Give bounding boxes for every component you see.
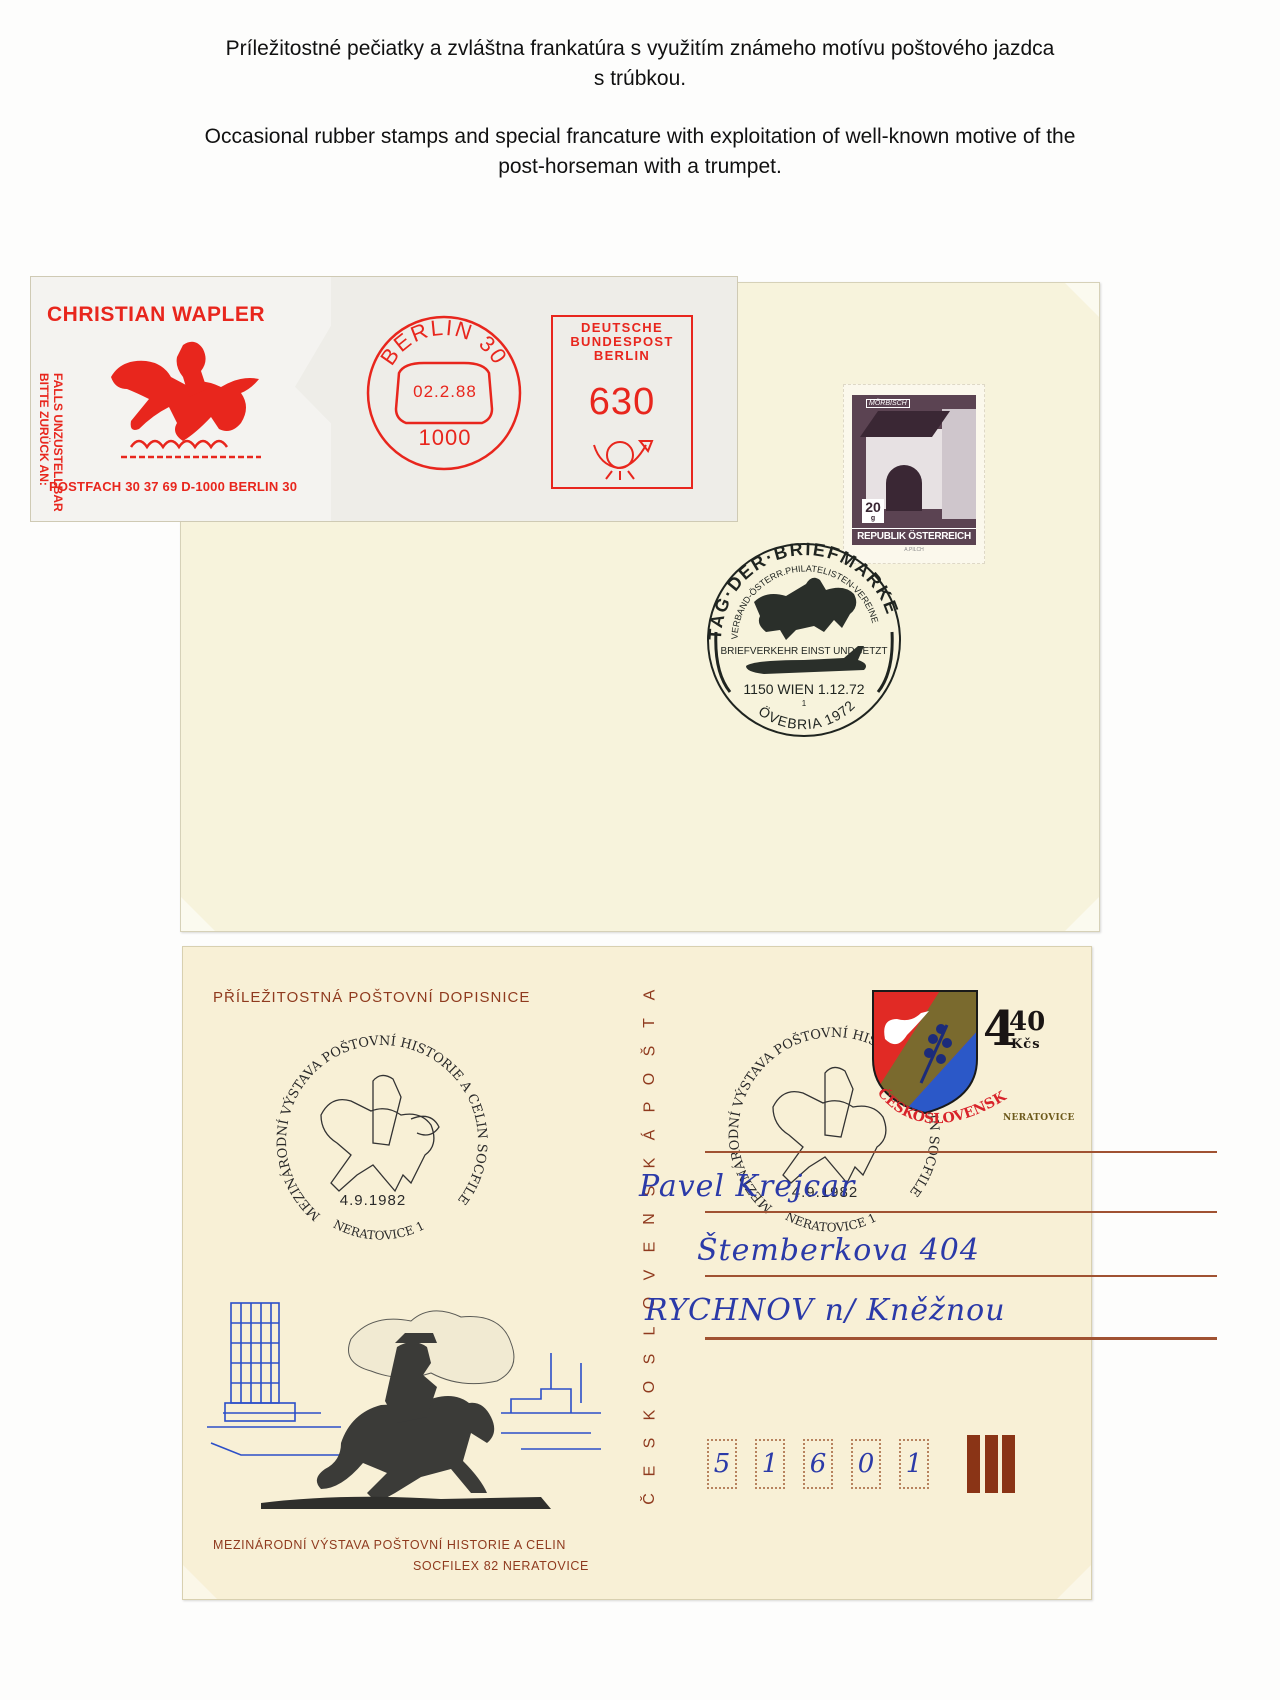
wien-cancellation: TAG·DER·BRIEFMARKE VERBAND-ÖSTERR.PHILAT…	[694, 532, 914, 740]
postcode-box: 1	[899, 1439, 929, 1489]
neratovice-cancellation-left: MEZINÁRODNÍ VÝSTAVA POŠTOVNÍ HISTORIE A …	[261, 1015, 501, 1245]
stamp-value: 20 g	[862, 499, 884, 523]
posthorn-icon	[590, 437, 654, 481]
meter-line1: DEUTSCHE	[553, 321, 691, 335]
address-line	[705, 1151, 1217, 1153]
postmark-date: 02.2.88	[399, 382, 491, 402]
postcode-digit: 5	[714, 1449, 731, 1479]
mount-corner	[1065, 283, 1099, 317]
vertical-letter: Á	[642, 1130, 658, 1141]
postcode-box: 6	[803, 1439, 833, 1489]
mount-corner	[183, 1565, 217, 1599]
card-vertical-text: ČESKOSLOVENSKÁPOŠTA	[637, 987, 663, 1507]
meter-value: 630	[553, 381, 691, 424]
sender-name: CHRISTIAN WAPLER	[47, 303, 265, 327]
svg-text:1150 WIEN 1.12.72: 1150 WIEN 1.12.72	[743, 681, 864, 697]
card-value: 4 40 Kčs	[983, 1005, 1016, 1053]
card-caption: MEZINÁRODNÍ VÝSTAVA POŠTOVNÍ HISTORIE A …	[213, 1535, 633, 1577]
title-english-line2: post-horseman with a trumpet.	[0, 152, 1280, 182]
vertical-letter: E	[642, 1466, 658, 1477]
postcode-box: 1	[755, 1439, 785, 1489]
svg-text:1: 1	[802, 699, 807, 708]
vertical-letter: A	[642, 990, 658, 1001]
vertical-letter: T	[642, 1018, 658, 1028]
address-line	[705, 1275, 1217, 1277]
postal-card: PŘÍLEŽITOSTNÁ POŠTOVNÍ DOPISNICE MEZINÁR…	[182, 946, 1092, 1600]
mount-corner	[1065, 897, 1099, 931]
svg-text:BERLIN 30: BERLIN 30	[375, 315, 513, 370]
vertical-letter: P	[642, 1102, 658, 1113]
title-slovak: Príležitostné pečiatky a zvláštna franka…	[0, 34, 1280, 94]
vertical-letter: Č	[642, 1493, 658, 1505]
horseman-icon	[91, 337, 291, 467]
svg-text:NERATOVICE 1: NERATOVICE 1	[331, 1217, 427, 1243]
stamp-building-right	[942, 409, 976, 519]
postcode-digit: 1	[906, 1449, 923, 1479]
vertical-letter: E	[642, 1242, 658, 1253]
address-street: Štemberkova 404	[697, 1233, 980, 1268]
post-horseman-illustration	[201, 1293, 621, 1523]
svg-text:4.9.1982: 4.9.1982	[340, 1192, 406, 1209]
postcode-digit: 0	[858, 1449, 875, 1479]
title-slovak-line1: Príležitostné pečiatky a zvláštna franka…	[0, 34, 1280, 64]
address-line	[705, 1337, 1217, 1340]
address-city: RYCHNOV n/ Kněžnou	[645, 1293, 1006, 1328]
address-line	[705, 1211, 1217, 1213]
caption-line1: MEZINÁRODNÍ VÝSTAVA POŠTOVNÍ HISTORIE A …	[213, 1535, 633, 1556]
mount-corner	[1057, 1565, 1091, 1599]
postcode-box: 5	[707, 1439, 737, 1489]
postcode-box: 0	[851, 1439, 881, 1489]
title-slovak-line2: s trúbkou.	[0, 64, 1280, 94]
title-english-line1: Occasional rubber stamps and special fra…	[0, 122, 1280, 152]
vertical-letter: K	[642, 1410, 658, 1421]
sender-address: POSTFACH 30 37 69 D-1000 BERLIN 30	[49, 479, 297, 494]
svg-text:ČESKOSLOVENSKO: ČESKOSLOVENSKO	[873, 1089, 1010, 1127]
vertical-letter: O	[642, 1073, 658, 1085]
sorting-bars	[967, 1435, 1015, 1493]
postcode-digit: 6	[810, 1449, 827, 1479]
address-name: Pavel Krejcar	[639, 1169, 855, 1204]
meter-line3: BERLIN	[553, 349, 691, 363]
value-currency: Kčs	[1011, 1037, 1041, 1052]
stamp-value-unit: g	[862, 515, 884, 522]
meter-frank: DEUTSCHE BUNDESPOST BERLIN 630	[551, 315, 693, 489]
card-header: PŘÍLEŽITOSTNÁ POŠTOVNÍ DOPISNICE	[213, 989, 530, 1006]
meter-line2: BUNDESPOST	[553, 335, 691, 349]
vertical-letter: O	[642, 1381, 658, 1393]
mount-corner	[181, 897, 215, 931]
vertical-letter: S	[642, 1438, 658, 1449]
postmark-zip: 1000	[399, 425, 491, 451]
card-country: ČESKOSLOVENSKO	[873, 1089, 1013, 1149]
postcode-digit: 1	[762, 1449, 779, 1479]
vertical-letter: Š	[642, 1046, 658, 1057]
meter-strip: CHRISTIAN WAPLER FALLS UNZUSTELLBAR BITT…	[30, 276, 738, 522]
vertical-letter: V	[642, 1270, 658, 1281]
stamp-archway	[886, 465, 922, 511]
vertical-letter: K	[642, 1158, 658, 1169]
title-english: Occasional rubber stamps and special fra…	[0, 122, 1280, 182]
vertical-letter: S	[642, 1354, 658, 1365]
value-fraction: 40	[1009, 1007, 1045, 1037]
card-town: NERATOVICE	[1003, 1113, 1075, 1123]
stamp-town: MÖRBISCH	[866, 399, 910, 408]
caption-line2: SOCFILEX 82 NERATOVICE	[213, 1556, 633, 1577]
stamp-value-number: 20	[865, 499, 881, 515]
vertical-letter: N	[642, 1213, 658, 1225]
stamp-design: MÖRBISCH 20 g REPUBLIK ÖSTERREICH	[852, 395, 976, 545]
